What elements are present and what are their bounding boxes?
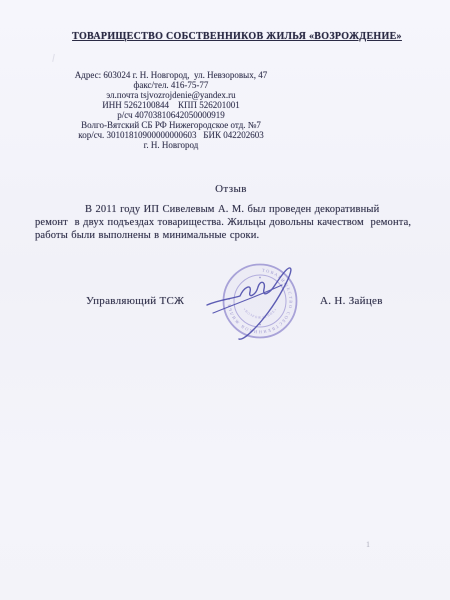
review-body-line: В 2011 году ИП Сивелевым А. М. был прове… [85, 204, 379, 215]
address-line-city: г. Н. Новгород [22, 140, 320, 150]
address-line: факс/тел. 416-75-77 [22, 80, 320, 90]
address-line-email: эл.почта tsjvozrojdenie@yandex.ru [22, 90, 320, 100]
address-line-bank: Волго-Вятский СБ РФ Нижегородское отд. №… [22, 120, 320, 130]
page-number: 1 [366, 540, 370, 549]
signatory-role: Управляющий ТСЖ [86, 295, 184, 307]
address-line: Адрес: 603024 г. Н. Новгород, ул. Невзор… [22, 70, 320, 80]
scanned-document-page: ТОВАРИЩЕСТВО СОБСТВЕННИКОВ ЖИЛЬЯ «ВОЗРОЖ… [0, 0, 450, 600]
document-title: ТОВАРИЩЕСТВО СОБСТВЕННИКОВ ЖИЛЬЯ «ВОЗРОЖ… [0, 31, 450, 42]
address-line-inn-kpp: ИНН 5262100844 КПП 526201001 [22, 100, 320, 110]
letterhead-address-block: Адрес: 603024 г. Н. Новгород, ул. Невзор… [22, 70, 320, 150]
address-line-account: р/сч 40703810642050000919 [22, 110, 320, 120]
scan-artifact [52, 54, 56, 62]
review-heading: Отзыв [0, 183, 450, 195]
handwritten-signature [180, 255, 315, 350]
signatory-name: А. Н. Зайцев [320, 295, 383, 307]
review-body-line: ремонт в двух подъездах товарищества. Жи… [35, 217, 411, 228]
review-body-line: работы были выполнены в минимальные срок… [35, 230, 259, 241]
address-line-corr-bik: кор/сч. 30101810900000000603 БИК 0422026… [22, 130, 320, 140]
